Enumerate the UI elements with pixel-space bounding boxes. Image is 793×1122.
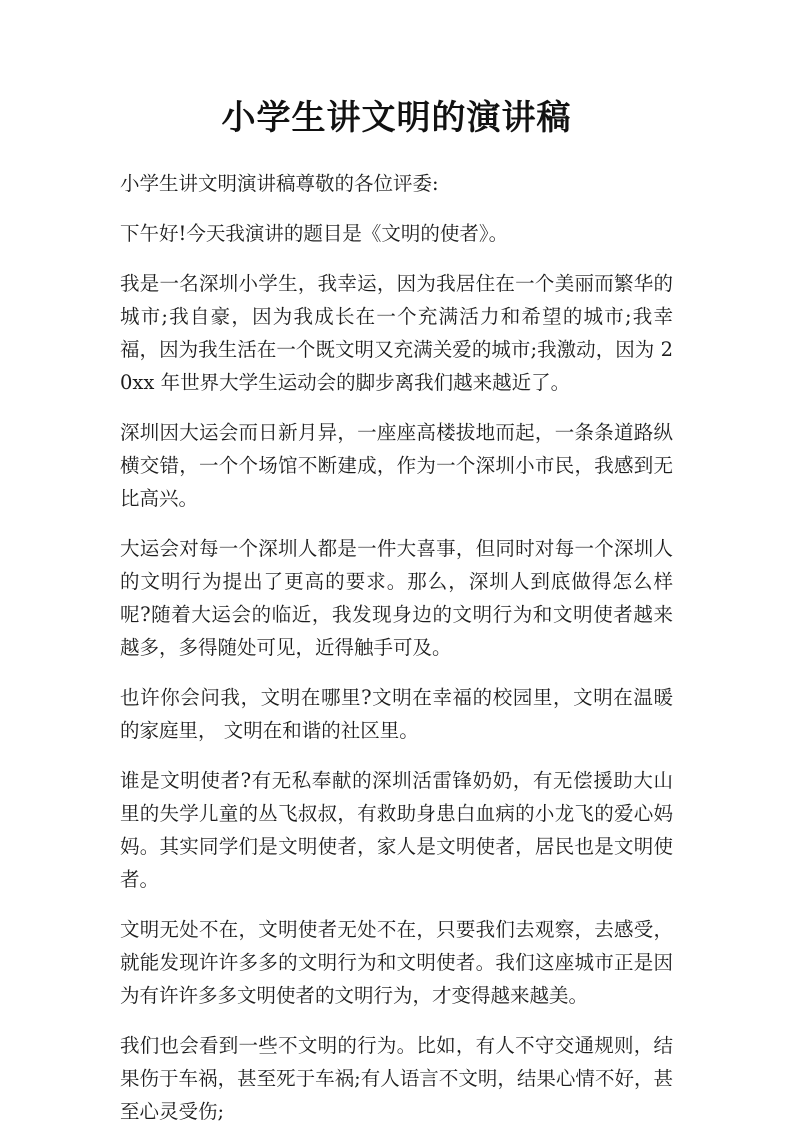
document-page: 小学生讲文明的演讲稿 小学生讲文明演讲稿尊敬的各位评委:下午好!今天我演讲的题目… bbox=[0, 0, 793, 1122]
paragraph: 大运会对每一个深圳人都是一件大喜事，但同时对每一个深圳人的文明行为提出了更高的要… bbox=[120, 532, 673, 664]
paragraph: 下午好!今天我演讲的题目是《文明的使者》。 bbox=[120, 217, 673, 250]
document-body: 小学生讲文明演讲稿尊敬的各位评委:下午好!今天我演讲的题目是《文明的使者》。我是… bbox=[120, 167, 673, 1122]
paragraph: 深圳因大运会而日新月异，一座座高楼拔地而起，一条条道路纵横交错，一个个场馆不断建… bbox=[120, 416, 673, 515]
paragraph: 我们也会看到一些不文明的行为。比如，有人不守交通规则，结果伤于车祸，甚至死于车祸… bbox=[120, 1029, 673, 1122]
document-title: 小学生讲文明的演讲稿 bbox=[0, 90, 793, 139]
paragraph: 小学生讲文明演讲稿尊敬的各位评委: bbox=[120, 167, 673, 200]
paragraph: 也许你会问我，文明在哪里?文明在幸福的校园里，文明在温暖的家庭里， 文明在和谐的… bbox=[120, 681, 673, 747]
paragraph: 谁是文明使者?有无私奉献的深圳活雷锋奶奶，有无偿援助大山里的失学儿童的丛飞叔叔，… bbox=[120, 764, 673, 896]
paragraph: 我是一名深圳小学生，我幸运，因为我居住在一个美丽而繁华的城市;我自豪，因为我成长… bbox=[120, 267, 673, 399]
paragraph: 文明无处不在，文明使者无处不在，只要我们去观察，去感受，就能发现许许多多的文明行… bbox=[120, 913, 673, 1012]
